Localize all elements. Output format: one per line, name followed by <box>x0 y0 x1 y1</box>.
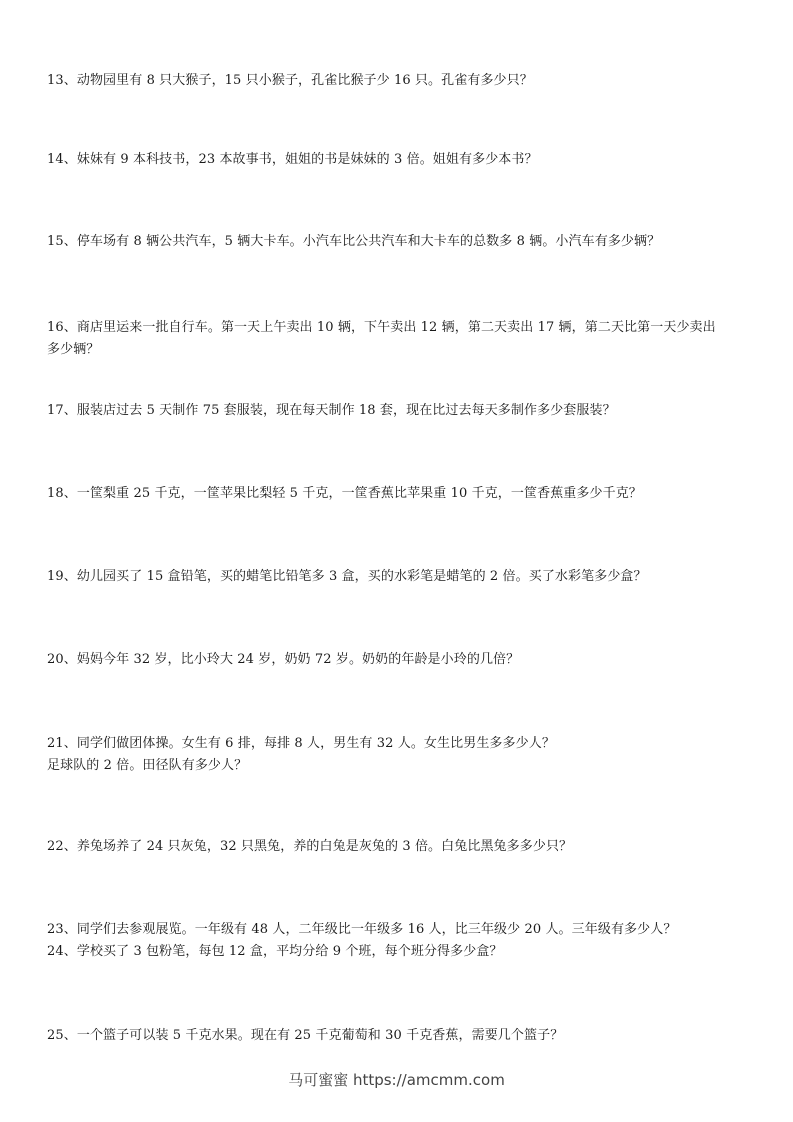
question-text: 13、动物园里有 8 只大猴子，15 只小猴子，孔雀比猴子少 16 只。孔雀有多… <box>47 70 767 92</box>
question-text: 19、幼儿园买了 15 盒铅笔，买的蜡笔比铅笔多 3 盒，买的水彩笔是蜡笔的 2… <box>47 566 767 588</box>
question-24: 24、学校买了 3 包粉笔，每包 12 盒，平均分给 9 个班，每个班分得多少盒… <box>47 941 767 963</box>
question-text: 16、商店里运来一批自行车。第一天上午卖出 10 辆，下午卖出 12 辆，第二天… <box>47 317 767 339</box>
question-text: 20、妈妈今年 32 岁，比小玲大 24 岁，奶奶 72 岁。奶奶的年龄是小玲的… <box>47 649 767 671</box>
question-text: 15、停车场有 8 辆公共汽车，5 辆大卡车。小汽车比公共汽车和大卡车的总数多 … <box>47 231 767 253</box>
question-17: 17、服装店过去 5 天制作 75 套服装，现在每天制作 18 套，现在比过去每… <box>47 400 767 422</box>
question-text: 18、一筐梨重 25 千克，一筐苹果比梨轻 5 千克，一筐香蕉比苹果重 10 千… <box>47 483 767 505</box>
question-16: 16、商店里运来一批自行车。第一天上午卖出 10 辆，下午卖出 12 辆，第二天… <box>47 317 767 361</box>
question-21: 21、同学们做团体操。女生有 6 排，每排 8 人，男生有 32 人。女生比男生… <box>47 733 767 777</box>
footer-watermark: 马可蜜蜜 https://amcmm.com <box>0 1069 793 1090</box>
question-19: 19、幼儿园买了 15 盒铅笔，买的蜡笔比铅笔多 3 盒，买的水彩笔是蜡笔的 2… <box>47 566 767 588</box>
question-text: 21、同学们做团体操。女生有 6 排，每排 8 人，男生有 32 人。女生比男生… <box>47 733 767 755</box>
question-text: 25、一个篮子可以装 5 千克水果。现在有 25 千克葡萄和 30 千克香蕉，需… <box>47 1025 767 1047</box>
question-text: 22、养兔场养了 24 只灰兔，32 只黑兔，养的白兔是灰兔的 3 倍。白兔比黑… <box>47 836 767 858</box>
question-25: 25、一个篮子可以装 5 千克水果。现在有 25 千克葡萄和 30 千克香蕉，需… <box>47 1025 767 1047</box>
question-20: 20、妈妈今年 32 岁，比小玲大 24 岁，奶奶 72 岁。奶奶的年龄是小玲的… <box>47 649 767 671</box>
question-14: 14、妹妹有 9 本科技书，23 本故事书，姐姐的书是妹妹的 3 倍。姐姐有多少… <box>47 149 767 171</box>
question-18: 18、一筐梨重 25 千克，一筐苹果比梨轻 5 千克，一筐香蕉比苹果重 10 千… <box>47 483 767 505</box>
question-text: 14、妹妹有 9 本科技书，23 本故事书，姐姐的书是妹妹的 3 倍。姐姐有多少… <box>47 149 767 171</box>
question-text-continued: 足球队的 2 倍。田径队有多少人？ <box>47 755 767 777</box>
question-15: 15、停车场有 8 辆公共汽车，5 辆大卡车。小汽车比公共汽车和大卡车的总数多 … <box>47 231 767 253</box>
question-23: 23、同学们去参观展览。一年级有 48 人，二年级比一年级多 16 人，比三年级… <box>47 919 767 941</box>
question-text: 23、同学们去参观展览。一年级有 48 人，二年级比一年级多 16 人，比三年级… <box>47 919 767 941</box>
question-22: 22、养兔场养了 24 只灰兔，32 只黑兔，养的白兔是灰兔的 3 倍。白兔比黑… <box>47 836 767 858</box>
question-13: 13、动物园里有 8 只大猴子，15 只小猴子，孔雀比猴子少 16 只。孔雀有多… <box>47 70 767 92</box>
question-text: 24、学校买了 3 包粉笔，每包 12 盒，平均分给 9 个班，每个班分得多少盒… <box>47 941 767 963</box>
document-page: 13、动物园里有 8 只大猴子，15 只小猴子，孔雀比猴子少 16 只。孔雀有多… <box>0 0 793 1122</box>
question-text: 17、服装店过去 5 天制作 75 套服装，现在每天制作 18 套，现在比过去每… <box>47 400 767 422</box>
question-text-continued: 多少辆？ <box>47 339 767 361</box>
